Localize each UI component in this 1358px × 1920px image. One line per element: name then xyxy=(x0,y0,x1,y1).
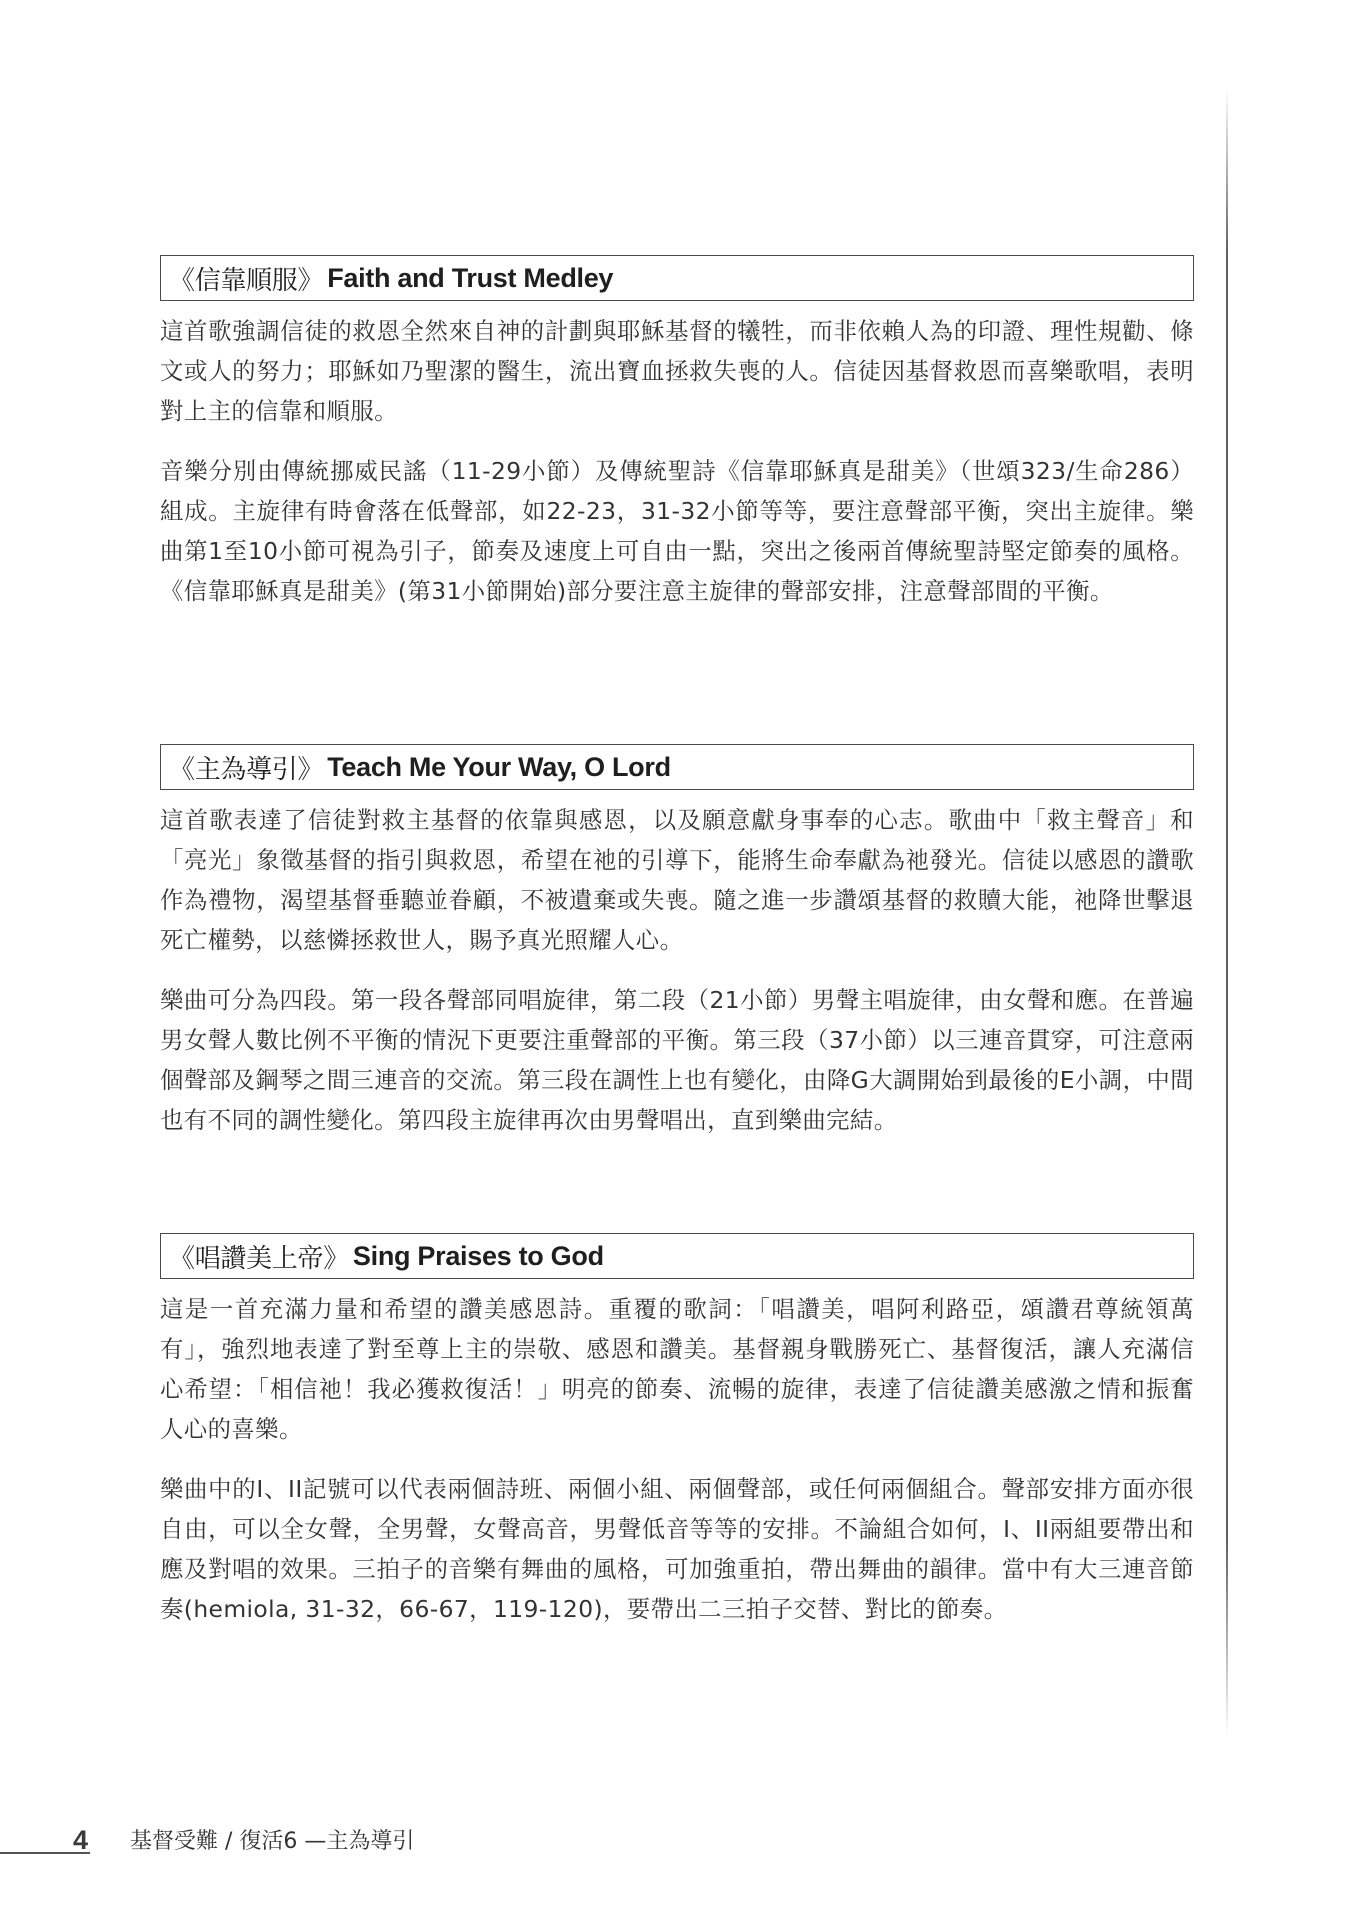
section-title-chinese: 《主為導引》 xyxy=(169,749,323,786)
section-body: 這是一首充滿力量和希望的讚美感恩詩。重覆的歌詞：「唱讚美，唱阿利路亞，頌讚君尊統… xyxy=(160,1289,1194,1629)
paragraph: 這首歌表達了信徒對救主基督的依靠與感恩，以及願意獻身事奉的心志。歌曲中「救主聲音… xyxy=(160,800,1194,960)
section-faith-and-trust-medley: 《信靠順服》 Faith and Trust Medley 這首歌強調信徒的救恩… xyxy=(160,255,1194,611)
section-title-english: Sing Praises to God xyxy=(353,1241,604,1272)
page-number: 4 xyxy=(73,1826,88,1854)
section-title-chinese: 《信靠順服》 xyxy=(169,260,323,297)
paragraph: 這是一首充滿力量和希望的讚美感恩詩。重覆的歌詞：「唱讚美，唱阿利路亞，頌讚君尊統… xyxy=(160,1289,1194,1449)
page-footer: 4 基督受難 / 復活6 —主為導引 xyxy=(0,1826,600,1860)
section-body: 這首歌表達了信徒對救主基督的依靠與感恩，以及願意獻身事奉的心志。歌曲中「救主聲音… xyxy=(160,800,1194,1140)
page-spine-line xyxy=(1226,88,1228,1738)
paragraph: 樂曲可分為四段。第一段各聲部同唱旋律，第二段（21小節）男聲主唱旋律，由女聲和應… xyxy=(160,980,1194,1140)
paragraph: 音樂分別由傳統挪威民謠（11-29小節）及傳統聖詩《信靠耶穌真是甜美》（世頌32… xyxy=(160,451,1194,611)
section-title-chinese: 《唱讚美上帝》 xyxy=(169,1238,349,1275)
section-title-english: Teach Me Your Way, O Lord xyxy=(327,752,671,783)
section-heading: 《主為導引》 Teach Me Your Way, O Lord xyxy=(160,744,1194,790)
section-title-english: Faith and Trust Medley xyxy=(327,263,613,294)
paragraph: 樂曲中的I、II記號可以代表兩個詩班、兩個小組、兩個聲部，或任何兩個組合。聲部安… xyxy=(160,1469,1194,1629)
running-footer-title: 基督受難 / 復活6 —主為導引 xyxy=(130,1828,414,1856)
section-teach-me-your-way: 《主為導引》 Teach Me Your Way, O Lord 這首歌表達了信… xyxy=(160,744,1194,1140)
section-heading: 《信靠順服》 Faith and Trust Medley xyxy=(160,255,1194,301)
section-body: 這首歌強調信徒的救恩全然來自神的計劃與耶穌基督的犧牲，而非依賴人為的印證、理性規… xyxy=(160,311,1194,611)
section-heading: 《唱讚美上帝》 Sing Praises to God xyxy=(160,1233,1194,1279)
section-sing-praises-to-god: 《唱讚美上帝》 Sing Praises to God 這是一首充滿力量和希望的… xyxy=(160,1233,1194,1629)
paragraph: 這首歌強調信徒的救恩全然來自神的計劃與耶穌基督的犧牲，而非依賴人為的印證、理性規… xyxy=(160,311,1194,431)
